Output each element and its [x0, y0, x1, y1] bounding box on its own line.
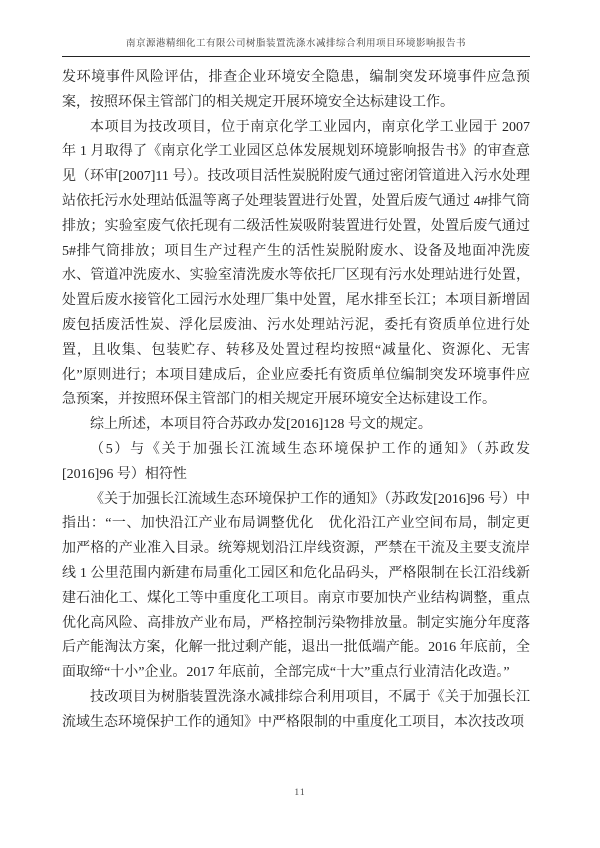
paragraph: 技改项目为树脂装置洗涤水减排综合利用项目，不属于《关于加强长江流域生态环境保护工…	[62, 686, 530, 736]
page-header: 南京源港精细化工有限公司树脂装置洗涤水减排综合利用项目环境影响报告书	[62, 38, 530, 57]
header-title: 南京源港精细化工有限公司树脂装置洗涤水减排综合利用项目环境影响报告书	[126, 39, 466, 49]
page-number: 11	[0, 788, 600, 798]
paragraph: 本项目为技改项目，位于南京化学工业园内，南京化学工业园于 2007 年 1 月取…	[62, 116, 530, 414]
paragraph: （5）与《关于加强长江流域生态环境保护工作的通知》（苏政发[2016]96 号）…	[62, 438, 530, 488]
paragraph: 综上所述，本项目符合苏政办发[2016]128 号文的规定。	[62, 413, 530, 438]
document-page: 南京源港精细化工有限公司树脂装置洗涤水减排综合利用项目环境影响报告书 发环境事件…	[0, 0, 600, 848]
paragraph: 发环境事件风险评估，排查企业环境安全隐患，编制突发环境事件应急预案，按照环保主管…	[62, 66, 530, 116]
paragraph: 《关于加强长江流域生态环境保护工作的通知》（苏政发[2016]96 号）中指出：…	[62, 488, 530, 686]
document-body: 发环境事件风险评估，排查企业环境安全隐患，编制突发环境事件应急预案，按照环保主管…	[62, 66, 530, 736]
